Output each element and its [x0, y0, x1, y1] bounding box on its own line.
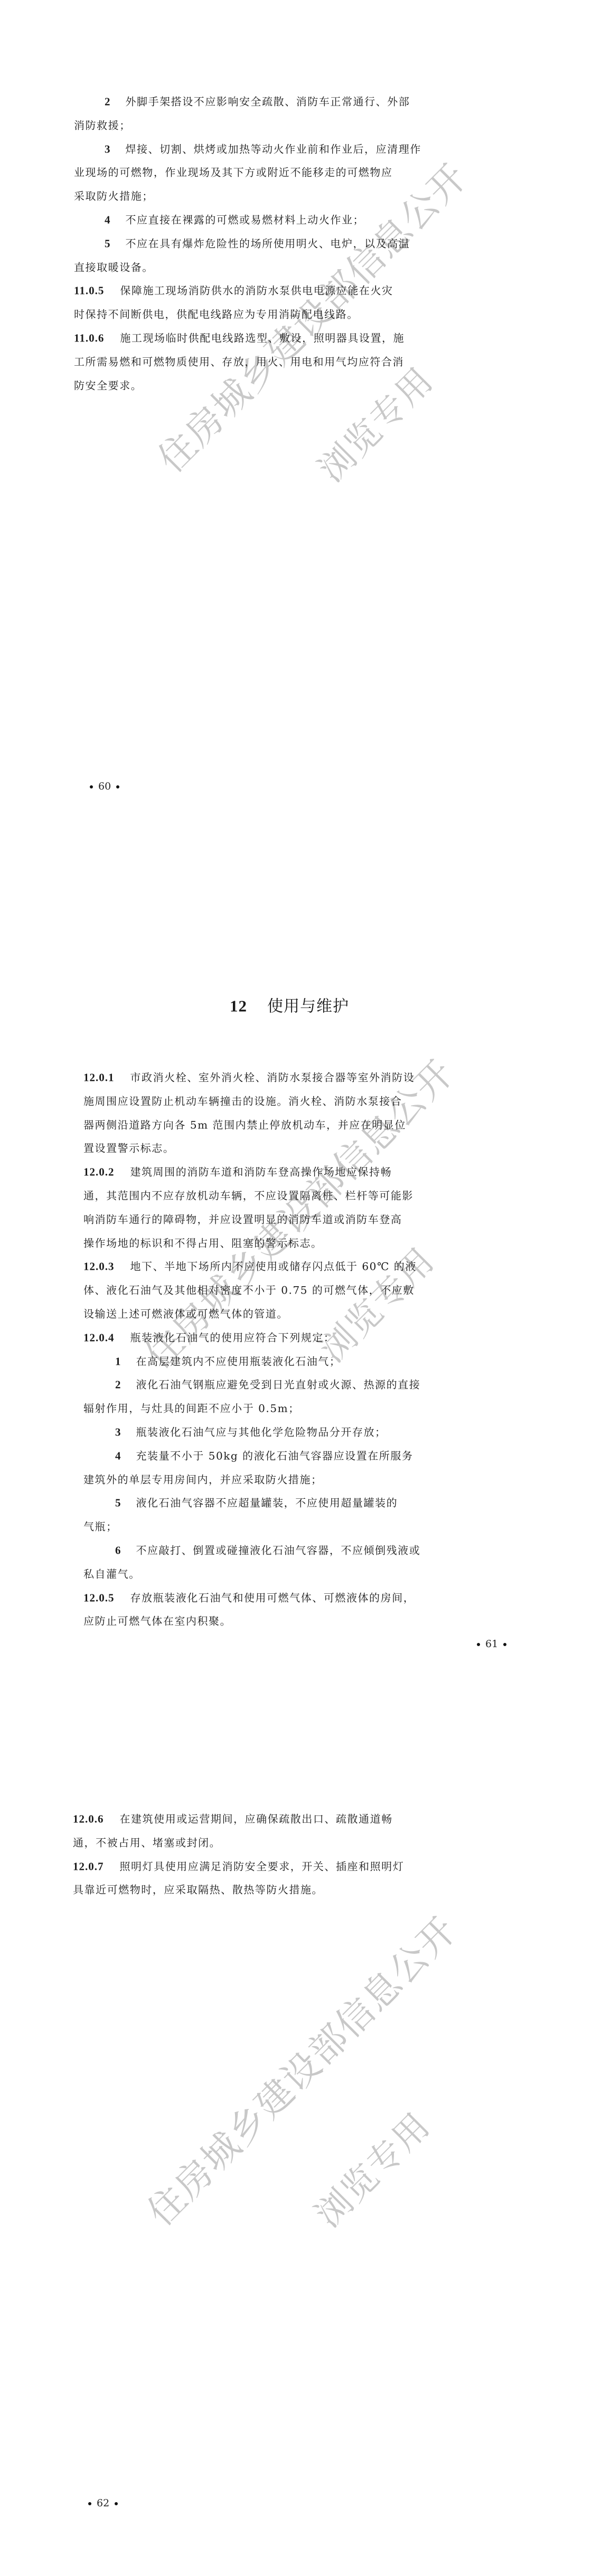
line-text: 设输送上述可燃液体或可燃气体的管道。 — [83, 1308, 288, 1320]
line-text: 应防止可燃气体在室内积聚。 — [83, 1615, 231, 1628]
watermark-line: 浏览专用 — [302, 2099, 439, 2236]
line-text: 操作场地的标识和不得占用、阻塞的警示标志。 — [83, 1237, 323, 1249]
text-line: 应防止可燃气体在室内积聚。 — [83, 1610, 231, 1633]
line-text: 气瓶； — [83, 1520, 118, 1533]
line-text: 置设置警示标志。 — [83, 1142, 174, 1155]
text-line: 器两侧沿道路方向各 5m 范围内禁止停放机动车，并应在明显位 — [83, 1113, 406, 1137]
list-item: 2外脚手架搭设不应影响安全疏散、消防车正常通行、外部 — [105, 90, 410, 114]
line-text: 业现场的可燃物，作业现场及其下方或附近不能移走的可燃物应 — [74, 166, 392, 179]
watermark-line: 浏览专用 — [305, 354, 443, 491]
item-number: 3 — [115, 1426, 121, 1439]
item-number: 3 — [105, 142, 111, 155]
clause-number: 12.0.3 — [83, 1260, 115, 1273]
text-line: 设输送上述可燃液体或可燃气体的管道。 — [83, 1303, 288, 1326]
text-line: 体、液化石油气及其他相对密度不小于 0.75 的可燃气体，不应敷 — [83, 1279, 415, 1303]
line-text: 器两侧沿道路方向各 5m 范围内禁止停放机动车，并应在明显位 — [83, 1118, 406, 1131]
page-number: 62 — [83, 2497, 123, 2510]
text-line: 消防救援； — [74, 113, 131, 137]
text-line: 操作场地的标识和不得占用、阻塞的警示标志。 — [83, 1231, 323, 1255]
list-item: 4充装量不小于 50kg 的液化石油气容器应设置在所服务 — [115, 1444, 413, 1468]
clause-number: 11.0.6 — [74, 332, 104, 345]
clause: 12.0.6在建筑使用或运营期间，应确保疏散出口、疏散通道畅 — [73, 1808, 393, 1831]
item-number: 4 — [105, 214, 111, 226]
text-line: 具靠近可燃物时，应采取隔热、散热等防火措施。 — [73, 1878, 323, 1902]
clause: 12.0.4瓶装液化石油气的使用应符合下列规定： — [83, 1326, 335, 1349]
text-line: 辐射作用，与灶具的间距不应小于 0.5m； — [83, 1397, 300, 1421]
line-text: 施工现场临时供配电线路选型、敷设，照明器具设置，施 — [120, 332, 405, 345]
page-number-text: 62 — [97, 2497, 109, 2509]
line-text: 不应直接在裸露的可燃或易燃材料上动火作业； — [126, 214, 365, 226]
list-item: 1在高层建筑内不应使用瓶装液化石油气； — [115, 1349, 341, 1373]
item-number: 2 — [115, 1379, 121, 1391]
clause: 12.0.1市政消火栓、室外消火栓、消防水泵接合器等室外消防设 — [83, 1066, 415, 1090]
item-number: 6 — [115, 1544, 121, 1557]
page-number-text: 61 — [485, 1638, 498, 1650]
clause: 12.0.2建筑周围的消防车道和消防车登高操作场地应保持畅 — [83, 1161, 392, 1184]
list-item: 2液化石油气钢瓶应避免受到日光直射或火源、热源的直接 — [115, 1373, 420, 1397]
clause-number: 11.0.5 — [74, 284, 104, 297]
line-text: 具靠近可燃物时，应采取隔热、散热等防火措施。 — [73, 1884, 323, 1896]
line-text: 响消防车通行的障碍物，并应设置明显的消防车道或消防车登高 — [83, 1213, 402, 1225]
text-line: 工所需易燃和可燃物质使用、存放，用火、用电和用气均应符合消 — [74, 350, 404, 374]
line-text: 体、液化石油气及其他相对密度不小于 0.75 的可燃气体，不应敷 — [83, 1284, 415, 1297]
clause-number: 12.0.1 — [83, 1071, 115, 1084]
item-number: 5 — [115, 1497, 121, 1509]
text-line: 通，其范围内不应存放机动车辆，不应设置隔离桩、栏杆等可能影 — [83, 1184, 414, 1208]
item-number: 1 — [115, 1355, 121, 1367]
bullet-dot — [115, 2502, 118, 2505]
item-number: 5 — [105, 237, 111, 250]
chapter-number: 12 — [230, 997, 247, 1015]
line-text: 液化石油气容器不应超量罐装，不应使用超量罐装的 — [136, 1497, 398, 1509]
text-line: 建筑外的单层专用房间内，并应采取防火措施； — [83, 1468, 323, 1491]
line-text: 通，其范围内不应存放机动车辆，不应设置隔离桩、栏杆等可能影 — [83, 1190, 414, 1202]
bullet-dot — [90, 785, 93, 788]
line-text: 不应在具有爆炸危险性的场所使用明火、电炉，以及高温 — [126, 237, 410, 250]
clause: 12.0.3地下、半地下场所内不应使用或储存闪点低于 60℃ 的液 — [83, 1255, 417, 1279]
text-line: 私自灌气。 — [83, 1562, 140, 1586]
text-line: 直接取暖设备。 — [74, 255, 154, 279]
line-text: 工所需易燃和可燃物质使用、存放，用火、用电和用气均应符合消 — [74, 355, 404, 368]
clause: 11.0.5保障施工现场消防供水的消防水泵供电电源应能在火灾 — [74, 279, 393, 303]
text-line: 时保持不间断供电，供配电线路应为专用消防配电线路。 — [74, 303, 359, 327]
list-item: 5液化石油气容器不应超量罐装，不应使用超量罐装的 — [115, 1491, 398, 1515]
chapter-title: 12使用与维护 — [230, 996, 349, 1018]
watermark-line: 住房城乡建设部信息公开 — [133, 1902, 466, 2235]
line-text: 焊接、切割、烘烤或加热等动火作业前和作业后，应清理作 — [126, 142, 421, 155]
text-line: 施周围应设置防止机动车辆撞击的设施。消火栓、消防水泵接合 — [83, 1089, 402, 1113]
text-line: 采取防火措施； — [74, 185, 154, 208]
line-text: 采取防火措施； — [74, 190, 154, 203]
item-number: 2 — [105, 96, 111, 108]
line-text: 瓶装液化石油气应与其他化学危险物品分开存放； — [136, 1426, 387, 1439]
text-line: 业现场的可燃物，作业现场及其下方或附近不能移走的可燃物应 — [74, 161, 392, 185]
item-number: 4 — [115, 1449, 121, 1462]
line-text: 消防救援； — [74, 119, 131, 131]
list-item: 3瓶装液化石油气应与其他化学危险物品分开存放； — [115, 1421, 387, 1444]
line-text: 地下、半地下场所内不应使用或储存闪点低于 60℃ 的液 — [130, 1260, 417, 1273]
line-text: 照明灯具使用应满足消防安全要求，开关、插座和照明灯 — [120, 1860, 405, 1872]
line-text: 瓶装液化石油气的使用应符合下列规定： — [130, 1331, 335, 1344]
line-text: 不应敲打、倒置或碰撞液化石油气容器，不应倾倒残液或 — [136, 1544, 421, 1557]
line-text: 辐射作用，与灶具的间距不应小于 0.5m； — [83, 1402, 300, 1415]
line-text: 时保持不间断供电，供配电线路应为专用消防配电线路。 — [74, 308, 359, 321]
line-text: 通，不被占用、堵塞或封闭。 — [73, 1836, 221, 1849]
clause-number: 12.0.2 — [83, 1166, 115, 1178]
clause: 11.0.6施工现场临时供配电线路选型、敷设，照明器具设置，施 — [74, 327, 405, 350]
text-line: 防安全要求。 — [74, 374, 142, 397]
list-item: 4不应直接在裸露的可燃或易燃材料上动火作业； — [105, 208, 364, 232]
bullet-dot — [503, 1643, 506, 1646]
line-text: 施周围应设置防止机动车辆撞击的设施。消火栓、消防水泵接合 — [83, 1095, 402, 1107]
line-text: 存放瓶装液化石油气和使用可燃气体、可燃液体的房间， — [130, 1591, 415, 1604]
line-text: 保障施工现场消防供水的消防水泵供电电源应能在火灾 — [120, 284, 393, 297]
clause-number: 12.0.7 — [73, 1860, 104, 1872]
page-number: 60 — [84, 780, 125, 793]
list-item: 5不应在具有爆炸危险性的场所使用明火、电炉，以及高温 — [105, 232, 410, 255]
line-text: 防安全要求。 — [74, 379, 142, 392]
list-item: 3焊接、切割、烘烤或加热等动火作业前和作业后，应清理作 — [105, 137, 421, 161]
clause: 12.0.7照明灯具使用应满足消防安全要求，开关、插座和照明灯 — [73, 1855, 404, 1878]
page-number: 61 — [472, 1638, 512, 1650]
line-text: 充装量不小于 50kg 的液化石油气容器应设置在所服务 — [136, 1449, 414, 1462]
list-item: 6不应敲打、倒置或碰撞液化石油气容器，不应倾倒残液或 — [115, 1539, 420, 1563]
chapter-heading-text: 使用与维护 — [267, 997, 349, 1016]
bullet-dot — [477, 1643, 480, 1646]
clause: 12.0.5存放瓶装液化石油气和使用可燃气体、可燃液体的房间， — [83, 1586, 415, 1610]
line-text: 在高层建筑内不应使用瓶装液化石油气； — [136, 1355, 341, 1367]
line-text: 直接取暖设备。 — [74, 261, 154, 273]
line-text: 在建筑使用或运营期间，应确保疏散出口、疏散通道畅 — [120, 1813, 393, 1826]
page-number-text: 60 — [98, 781, 111, 792]
bullet-dot — [88, 2502, 91, 2505]
line-text: 外脚手架搭设不应影响安全疏散、消防车正常通行、外部 — [126, 96, 410, 108]
line-text: 液化石油气钢瓶应避免受到日光直射或火源、热源的直接 — [136, 1379, 421, 1391]
text-line: 置设置警示标志。 — [83, 1137, 174, 1161]
clause-number: 12.0.6 — [73, 1813, 104, 1826]
text-line: 气瓶； — [83, 1515, 118, 1539]
clause-number: 12.0.5 — [83, 1591, 115, 1604]
line-text: 市政消火栓、室外消火栓、消防水泵接合器等室外消防设 — [130, 1071, 415, 1084]
clause-number: 12.0.4 — [83, 1331, 115, 1344]
line-text: 私自灌气。 — [83, 1567, 140, 1580]
text-line: 响消防车通行的障碍物，并应设置明显的消防车道或消防车登高 — [83, 1208, 402, 1231]
line-text: 建筑周围的消防车道和消防车登高操作场地应保持畅 — [130, 1166, 392, 1178]
line-text: 建筑外的单层专用房间内，并应采取防火措施； — [83, 1473, 323, 1486]
bullet-dot — [116, 785, 119, 788]
text-line: 通，不被占用、堵塞或封闭。 — [73, 1831, 221, 1855]
